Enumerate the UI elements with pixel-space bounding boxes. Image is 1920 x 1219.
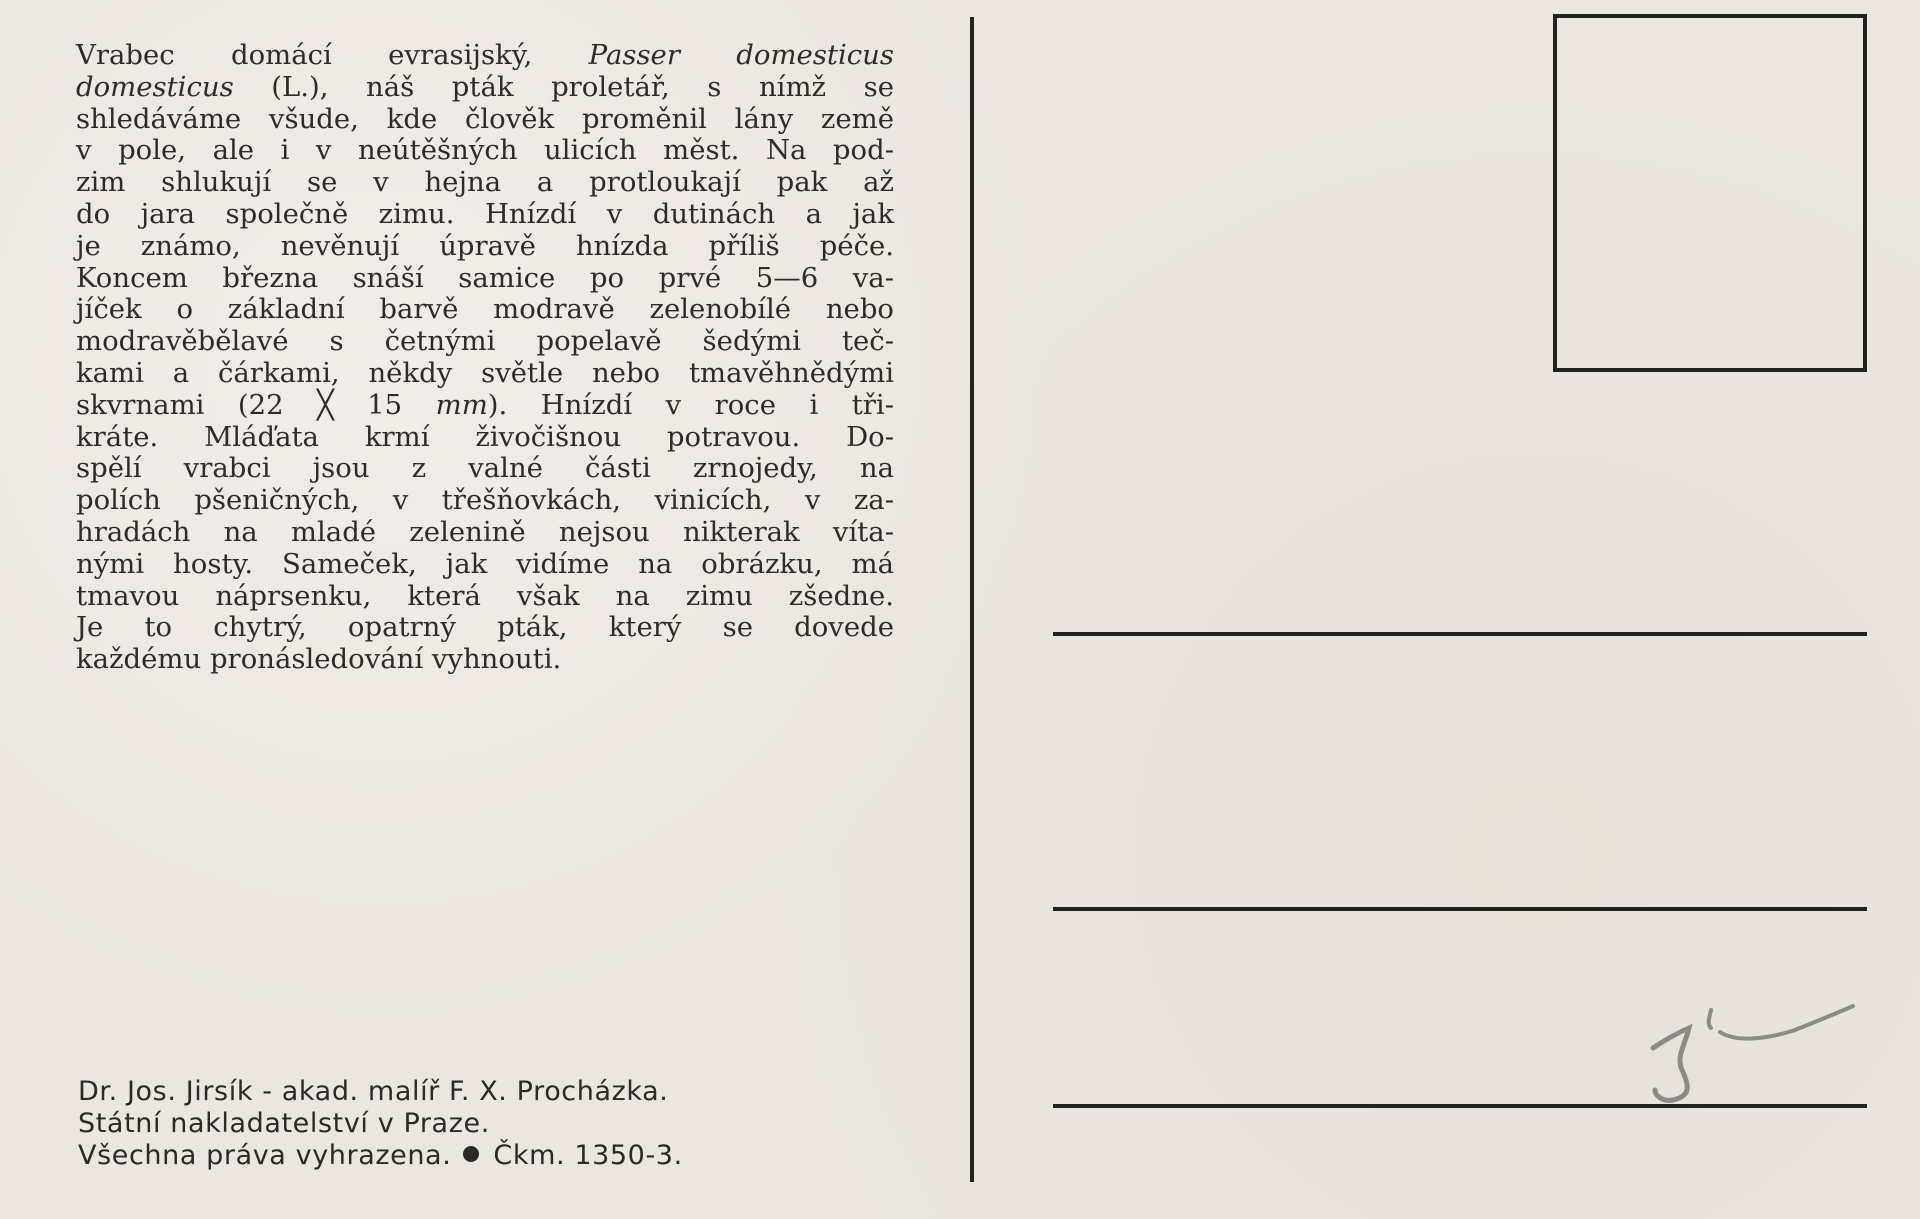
- description-line: nými hosty. Sameček, jak vidíme na obráz…: [76, 549, 894, 581]
- description-line: do jara společně zimu. Hnízdí v dutinách…: [76, 199, 894, 231]
- text-run: kráte. Mláďata krmí živočišnou potravou.…: [76, 421, 894, 453]
- text-run: modravěbělavé s četnými popelavě šedými …: [76, 325, 894, 357]
- rights-reserved: Všechna práva vyhrazena.: [78, 1140, 451, 1171]
- address-line-1: [1053, 632, 1867, 636]
- description-line: polích pšeničných, v třešňovkách, vinicí…: [76, 485, 894, 517]
- publisher-name: Státní nakladatelství v Praze.: [78, 1108, 683, 1140]
- description-line: kami a čárkami, někdy světle nebo tmavěh…: [76, 358, 894, 390]
- text-run: Je to chytrý, opatrný pták, který se dov…: [76, 611, 894, 643]
- rights-and-catalog: Všechna práva vyhrazena.Čkm. 1350-3.: [78, 1140, 683, 1172]
- text-run: shledáváme všude, kde člověk proměnil lá…: [76, 103, 894, 135]
- address-line-2: [1053, 907, 1867, 911]
- text-run: nými hosty. Sameček, jak vidíme na obráz…: [76, 548, 894, 580]
- description-line: zim shlukují se v hejna a protloukají pa…: [76, 167, 894, 199]
- description-line: Koncem března snáší samice po prvé 5—6 v…: [76, 263, 894, 295]
- handwritten-pencil-mark-icon: [1645, 1000, 1865, 1110]
- description-line: jíček o základní barvě modravě zelenobíl…: [76, 294, 894, 326]
- text-run: zim shlukují se v hejna a protloukají pa…: [76, 166, 894, 198]
- description-line: Vrabec domácí evrasijský, Passer domesti…: [76, 40, 894, 72]
- description-line: hradách na mladé zelenině nejsou niktera…: [76, 517, 894, 549]
- description-line: každému pronásledování vyhnouti.: [76, 644, 894, 676]
- text-run: Vrabec domácí evrasijský,: [76, 39, 589, 71]
- text-run: hradách na mladé zelenině nejsou niktera…: [76, 516, 894, 548]
- description-line: skvrnami (22 ╳ 15 mm). Hnízdí v roce i t…: [76, 390, 894, 422]
- description-line: spělí vrabci jsou z valné části zrnojedy…: [76, 453, 894, 485]
- text-run: každému pronásledování vyhnouti.: [76, 643, 561, 675]
- italic-text: mm: [436, 389, 488, 421]
- species-description: Vrabec domácí evrasijský, Passer domesti…: [76, 40, 894, 676]
- text-run: spělí vrabci jsou z valné části zrnojedy…: [76, 452, 894, 484]
- description-line: Je to chytrý, opatrný pták, který se dov…: [76, 612, 894, 644]
- text-run: polích pšeničných, v třešňovkách, vinicí…: [76, 484, 894, 516]
- author-credit: Dr. Jos. Jirsík - akad. malíř F. X. Proc…: [78, 1076, 683, 1108]
- text-run: ). Hnízdí v roce i tři-: [488, 389, 894, 421]
- text-run: jíček o základní barvě modravě zelenobíl…: [76, 293, 894, 325]
- description-line: v pole, ale i v neútěšných ulicích měst.…: [76, 135, 894, 167]
- italic-text: domesticus: [76, 71, 234, 103]
- text-run: kami a čárkami, někdy světle nebo tmavěh…: [76, 357, 894, 389]
- text-run: Koncem března snáší samice po prvé 5—6 v…: [76, 262, 894, 294]
- text-run: (L.), náš pták proletář, s nímž se: [234, 71, 894, 103]
- vertical-divider: [970, 17, 974, 1182]
- text-run: tmavou náprsenku, která však na zimu zše…: [76, 580, 894, 612]
- description-line: je známo, nevěnují úpravě hnízda příliš …: [76, 231, 894, 263]
- text-run: v pole, ale i v neútěšných ulicích měst.…: [76, 134, 894, 166]
- description-line: modravěbělavé s četnými popelavě šedými …: [76, 326, 894, 358]
- description-line: domesticus (L.), náš pták proletář, s ní…: [76, 72, 894, 104]
- italic-text: Passer domesticus: [589, 39, 894, 71]
- stamp-box: [1553, 14, 1867, 372]
- bullet-dot-icon: [463, 1146, 479, 1162]
- description-line: shledáváme všude, kde člověk proměnil lá…: [76, 104, 894, 136]
- description-line: tmavou náprsenku, která však na zimu zše…: [76, 581, 894, 613]
- description-line: kráte. Mláďata krmí živočišnou potravou.…: [76, 422, 894, 454]
- text-run: do jara společně zimu. Hnízdí v dutinách…: [76, 198, 894, 230]
- text-run: skvrnami (22 ╳ 15: [76, 389, 436, 421]
- catalog-number: Čkm. 1350-3.: [493, 1140, 682, 1171]
- text-run: je známo, nevěnují úpravě hnízda příliš …: [76, 230, 894, 262]
- publisher-credits: Dr. Jos. Jirsík - akad. malíř F. X. Proc…: [78, 1076, 683, 1172]
